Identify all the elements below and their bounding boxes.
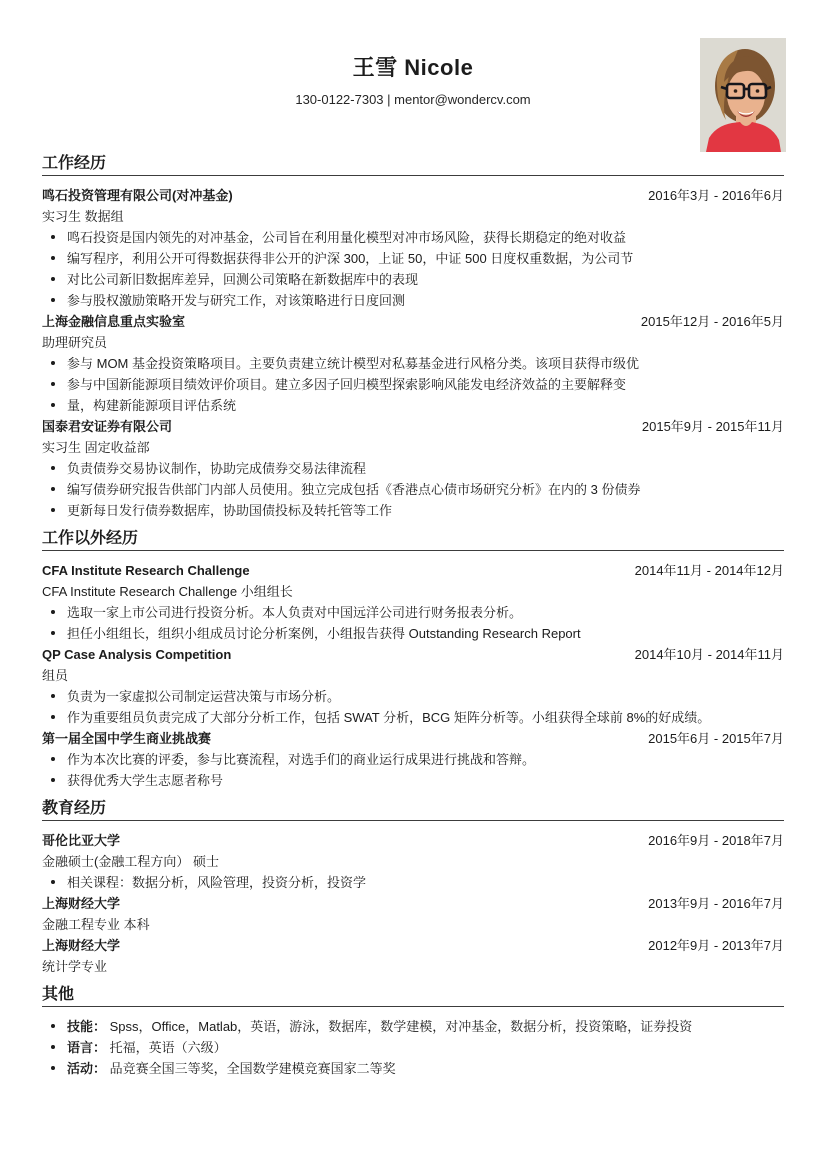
candidate-name: 王雪 Nicole (42, 55, 784, 81)
section-education: 教育经历 哥伦比亚大学 2016年9月 - 2018年7月 金融硕士(金融工程方… (42, 800, 784, 977)
bullet-icon (51, 487, 55, 491)
left-eye (734, 89, 738, 93)
bullet-item: 对比公司新旧数据库差异，回测公司策略在新数据库中的表现 (42, 269, 784, 290)
bullet-icon (51, 880, 55, 884)
bullet-item: 参与 MOM 基金投资策略项目。主要负责建立统计模型对私募基金进行风格分类。该项… (42, 353, 784, 374)
bullet-icon (51, 235, 55, 239)
entry-date: 2012年9月 - 2013年7月 (648, 935, 784, 956)
other-item-activities: 活动： 品竞赛全国三等奖，全国数学建模竞赛国家二等奖 (42, 1058, 784, 1079)
bullet-item: 选取一家上市公司进行投资分析。本人负责对中国远洋公司进行财务报表分析。 (42, 602, 784, 623)
item-label: 语言： (67, 1040, 106, 1055)
experience-entry: 鸣石投资管理有限公司(对冲基金) 2016年3月 - 2016年6月 实习生 数… (42, 185, 784, 311)
profile-photo (700, 38, 786, 152)
bullet-text: 量，构建新能源项目评估系统 (67, 395, 236, 416)
bullet-icon (51, 508, 55, 512)
entry-title: 上海财经大学 (42, 893, 120, 914)
entry-subtitle: 实习生 固定收益部 (42, 437, 784, 458)
entry-title: CFA Institute Research Challenge (42, 560, 250, 581)
bullet-icon (51, 631, 55, 635)
entry-date: 2015年6月 - 2015年7月 (648, 728, 784, 749)
section-other: 其他 技能： Spss，Office，Matlab，英语，游泳，数据库，数学建模… (42, 986, 784, 1079)
entry-date: 2015年12月 - 2016年5月 (641, 311, 784, 332)
bullet-text: 相关课程：数据分析，风险管理，投资分析，投资学 (67, 872, 366, 893)
bullet-item: 编写程序，利用公开可得数据获得非公开的沪深 300，上证 50，中证 500 日… (42, 248, 784, 269)
bullet-text: 获得优秀大学生志愿者称号 (67, 770, 223, 791)
bullet-text: 鸣石投资是国内领先的对冲基金，公司旨在利用量化模型对冲市场风险，获得长期稳定的绝… (67, 227, 626, 248)
entry-date: 2016年9月 - 2018年7月 (648, 830, 784, 851)
entry-date: 2014年11月 - 2014年12月 (635, 560, 784, 581)
bullet-item: 负责为一家虚拟公司制定运营决策与市场分析。 (42, 686, 784, 707)
bullet-text: 作为本次比赛的评委，参与比赛流程，对选手们的商业运行成果进行挑战和答辩。 (67, 749, 535, 770)
experience-entry: CFA Institute Research Challenge 2014年11… (42, 560, 784, 644)
entry-subtitle: CFA Institute Research Challenge 小组组长 (42, 581, 784, 602)
bullet-item: 参与股权激励策略开发与研究工作，对该策略进行日度回测 (42, 290, 784, 311)
entry-subtitle: 统计学专业 (42, 956, 784, 977)
face (727, 70, 765, 120)
entry-subtitle: 助理研究员 (42, 332, 784, 353)
entry-title: 国泰君安证券有限公司 (42, 416, 172, 437)
entry-subtitle: 实习生 数据组 (42, 206, 784, 227)
bullet-item: 负责债券交易协议制作，协助完成债券交易法律流程 (42, 458, 784, 479)
item-text: 品竞赛全国三等奖，全国数学建模竞赛国家二等奖 (110, 1061, 396, 1076)
bullet-item: 作为重要组员负责完成了大部分分析工作，包括 SWAT 分析，BCG 矩阵分析等。… (42, 707, 784, 728)
item-text: 托福，英语（六级） (110, 1040, 227, 1055)
bullet-text: 参与中国新能源项目绩效评价项目。建立多因子回归模型探索影响风能发电经济效益的主要… (67, 374, 626, 395)
section-work-experience: 工作经历 鸣石投资管理有限公司(对冲基金) 2016年3月 - 2016年6月 … (42, 155, 784, 521)
bullet-icon (51, 466, 55, 470)
bullet-icon (51, 403, 55, 407)
bullet-icon (51, 382, 55, 386)
education-entry: 哥伦比亚大学 2016年9月 - 2018年7月 金融硕士(金融工程方向） 硕士… (42, 830, 784, 893)
bullet-icon (51, 256, 55, 260)
education-entry: 上海财经大学 2012年9月 - 2013年7月 统计学专业 (42, 935, 784, 977)
entry-date: 2016年3月 - 2016年6月 (648, 185, 784, 206)
item-label: 活动： (67, 1061, 106, 1076)
bullet-text: 负责为一家虚拟公司制定运营决策与市场分析。 (67, 686, 340, 707)
bullet-text: 编写债券研究报告供部门内部人员使用。独立完成包括《香港点心债市场研究分析》在内的… (67, 479, 640, 500)
bullet-text: 对比公司新旧数据库差异，回测公司策略在新数据库中的表现 (67, 269, 418, 290)
bullet-text: 编写程序，利用公开可得数据获得非公开的沪深 300，上证 50，中证 500 日… (67, 248, 633, 269)
item-label: 技能： (67, 1019, 106, 1034)
resume-page: 王雪 Nicole 130-0122-7303 | mentor@wonderc… (0, 0, 826, 1169)
bullet-item: 参与中国新能源项目绩效评价项目。建立多因子回归模型探索影响风能发电经济效益的主要… (42, 374, 784, 395)
entry-date: 2014年10月 - 2014年11月 (635, 644, 784, 665)
entry-title: 哥伦比亚大学 (42, 830, 120, 851)
bullet-item: 作为本次比赛的评委，参与比赛流程，对选手们的商业运行成果进行挑战和答辩。 (42, 749, 784, 770)
entry-title: 鸣石投资管理有限公司(对冲基金) (42, 185, 233, 206)
bullet-text: 参与 MOM 基金投资策略项目。主要负责建立统计模型对私募基金进行风格分类。该项… (67, 353, 639, 374)
bullet-text: 参与股权激励策略开发与研究工作，对该策略进行日度回测 (67, 290, 405, 311)
bullet-item: 鸣石投资是国内领先的对冲基金，公司旨在利用量化模型对冲市场风险，获得长期稳定的绝… (42, 227, 784, 248)
other-item-skills: 技能： Spss，Office，Matlab，英语，游泳，数据库，数学建模，对冲… (42, 1016, 784, 1037)
bullet-icon (51, 1024, 55, 1028)
bullet-icon (51, 1066, 55, 1070)
resume-header: 王雪 Nicole 130-0122-7303 | mentor@wonderc… (42, 0, 784, 107)
bullet-item: 编写债券研究报告供部门内部人员使用。独立完成包括《香港点心债市场研究分析》在内的… (42, 479, 784, 500)
experience-entry: 国泰君安证券有限公司 2015年9月 - 2015年11月 实习生 固定收益部 … (42, 416, 784, 521)
section-title: 教育经历 (42, 800, 784, 821)
entry-subtitle: 金融硕士(金融工程方向） 硕士 (42, 851, 784, 872)
bullet-item: 量，构建新能源项目评估系统 (42, 395, 784, 416)
bullet-text: 担任小组组长，组织小组成员讨论分析案例，小组报告获得 Outstanding R… (67, 623, 581, 644)
bullet-text: 作为重要组员负责完成了大部分分析工作，包括 SWAT 分析，BCG 矩阵分析等。… (67, 707, 710, 728)
entry-title: QP Case Analysis Competition (42, 644, 231, 665)
entry-subtitle: 金融工程专业 本科 (42, 914, 784, 935)
bullet-icon (51, 715, 55, 719)
bullet-icon (51, 298, 55, 302)
bullet-text: 更新每日发行债券数据库，协助国债投标及转托管等工作 (67, 500, 392, 521)
bullet-icon (51, 694, 55, 698)
bullet-item: 获得优秀大学生志愿者称号 (42, 770, 784, 791)
section-title: 工作以外经历 (42, 530, 784, 551)
entry-date: 2015年9月 - 2015年11月 (642, 416, 784, 437)
experience-entry: 第一届全国中学生商业挑战赛 2015年6月 - 2015年7月 作为本次比赛的评… (42, 728, 784, 791)
bullet-item: 相关课程：数据分析，风险管理，投资分析，投资学 (42, 872, 784, 893)
right-eye (756, 89, 760, 93)
section-title: 其他 (42, 986, 784, 1007)
item-text: Spss，Office，Matlab，英语，游泳，数据库，数学建模，对冲基金，数… (110, 1019, 693, 1034)
profile-photo-illustration (700, 38, 786, 152)
other-item-languages: 语言： 托福，英语（六级） (42, 1037, 784, 1058)
bullet-text: 负责债券交易协议制作，协助完成债券交易法律流程 (67, 458, 366, 479)
section-title: 工作经历 (42, 155, 784, 176)
bullet-icon (51, 757, 55, 761)
bullet-item: 更新每日发行债券数据库，协助国债投标及转托管等工作 (42, 500, 784, 521)
entry-title: 上海财经大学 (42, 935, 120, 956)
entry-title: 上海金融信息重点实验室 (42, 311, 185, 332)
entry-subtitle: 组员 (42, 665, 784, 686)
experience-entry: QP Case Analysis Competition 2014年10月 - … (42, 644, 784, 728)
bullet-icon (51, 778, 55, 782)
entry-title: 第一届全国中学生商业挑战赛 (42, 728, 211, 749)
education-entry: 上海财经大学 2013年9月 - 2016年7月 金融工程专业 本科 (42, 893, 784, 935)
section-extracurricular: 工作以外经历 CFA Institute Research Challenge … (42, 530, 784, 791)
bullet-icon (51, 361, 55, 365)
experience-entry: 上海金融信息重点实验室 2015年12月 - 2016年5月 助理研究员 参与 … (42, 311, 784, 416)
entry-date: 2013年9月 - 2016年7月 (648, 893, 784, 914)
contact-line: 130-0122-7303 | mentor@wondercv.com (42, 92, 784, 107)
bullet-item: 担任小组组长，组织小组成员讨论分析案例，小组报告获得 Outstanding R… (42, 623, 784, 644)
bullet-icon (51, 1045, 55, 1049)
bullet-text: 选取一家上市公司进行投资分析。本人负责对中国远洋公司进行财务报表分析。 (67, 602, 522, 623)
bullet-icon (51, 610, 55, 614)
bullet-icon (51, 277, 55, 281)
